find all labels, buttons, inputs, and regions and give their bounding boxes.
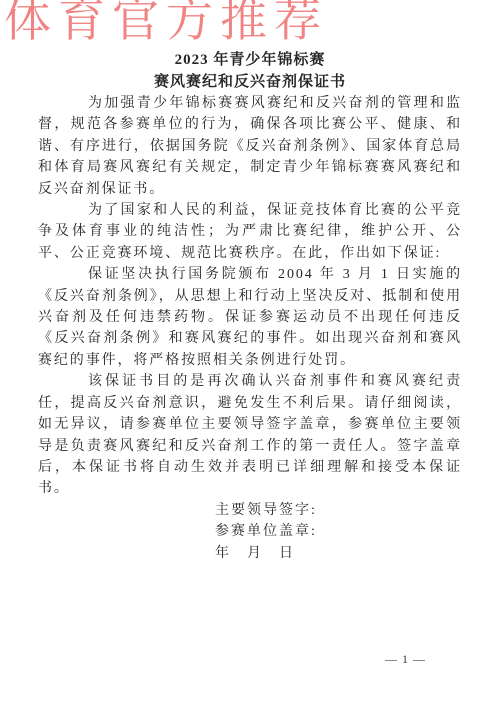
body-paragraph-2: 为了国家和人民的利益，保证竞技体育比赛的公平竞争及体育事业的纯洁性；为严肃比赛纪… [38, 200, 462, 264]
document-title: 2023 年青少年锦标赛 赛风赛纪和反兴奋剂保证书 [38, 50, 462, 93]
document-page: 体育官方推荐 2023 年青少年锦标赛 赛风赛纪和反兴奋剂保证书 为加强青少年锦… [0, 0, 500, 707]
body-paragraph-3: 保证坚决执行国务院颁布 2004 年 3 月 1 日实施的《反兴奋剂条例》，从思… [38, 264, 462, 371]
body-paragraph-1: 为加强青少年锦标赛赛风赛纪和反兴奋剂的管理和监督，规范各参赛单位的行为，确保各项… [38, 93, 462, 200]
watermark-text: 体育官方推荐 [4, 0, 328, 48]
signature-leader-sign-line: 主要领导签字: [215, 500, 462, 521]
title-line-2: 赛风赛纪和反兴奋剂保证书 [38, 72, 462, 94]
page-number: — 1 — [385, 652, 426, 667]
signature-block: 主要领导签字: 参赛单位盖章: 年 月 日 [215, 500, 462, 564]
document-body: 为加强青少年锦标赛赛风赛纪和反兴奋剂的管理和监督，规范各参赛单位的行为，确保各项… [38, 93, 462, 500]
document-content: 2023 年青少年锦标赛 赛风赛纪和反兴奋剂保证书 为加强青少年锦标赛赛风赛纪和… [38, 0, 462, 564]
body-paragraph-4: 该保证书目的是再次确认兴奋剂事件和赛风赛纪责任，提高反兴奋剂意识，避免发生不利后… [38, 371, 462, 499]
signature-date-line: 年 月 日 [215, 543, 462, 564]
signature-unit-seal-line: 参赛单位盖章: [215, 521, 462, 542]
title-line-1: 2023 年青少年锦标赛 [38, 50, 462, 72]
